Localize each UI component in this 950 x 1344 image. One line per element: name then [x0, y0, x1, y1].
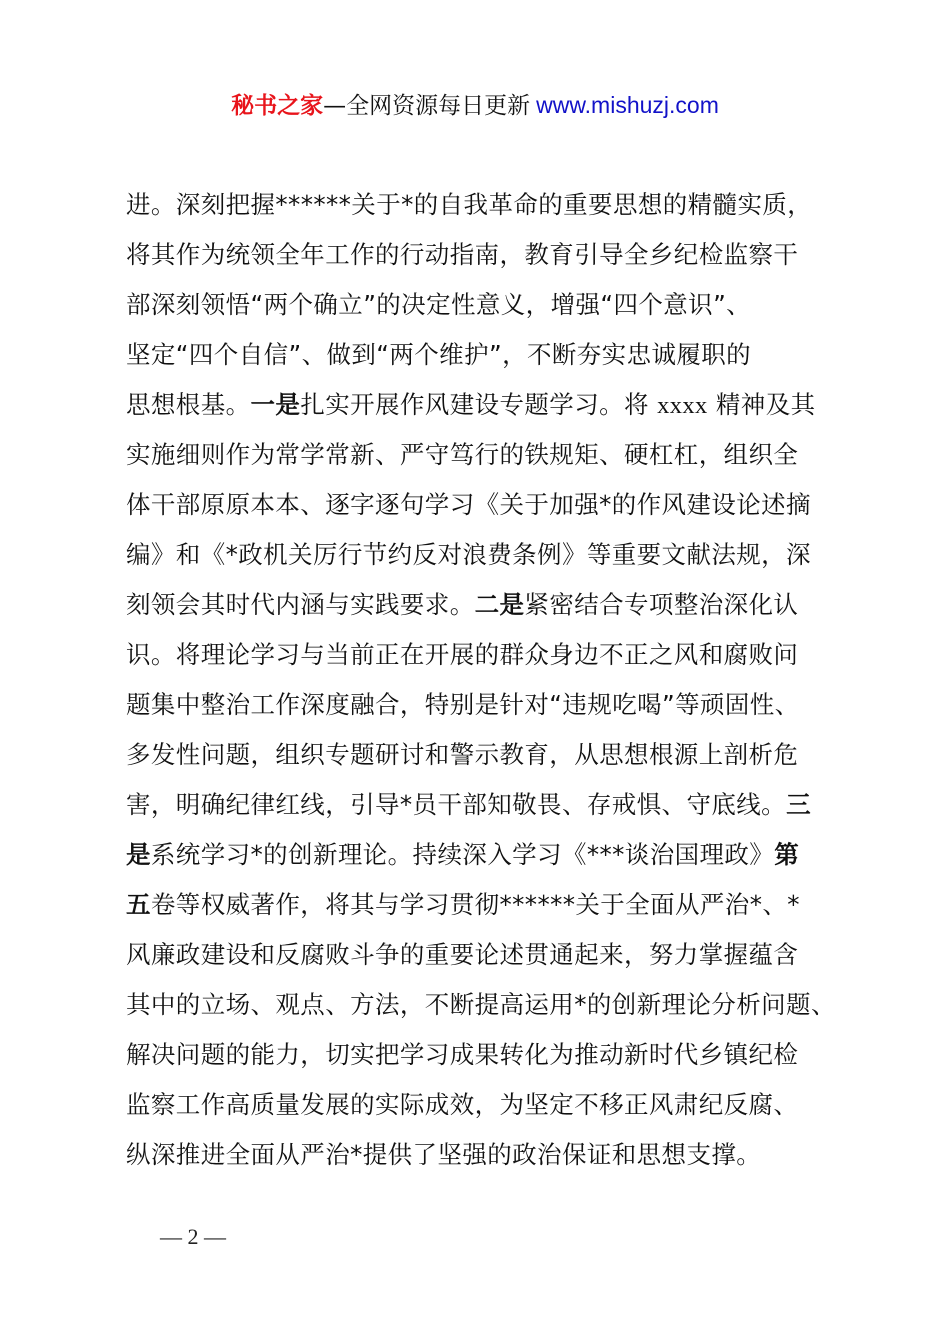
text-line: 进。深刻把握******关于*的自我革命的重要思想的精髓实质， [126, 180, 838, 230]
text-segment: 刻领会其时代内涵与实践要求。 [126, 590, 475, 619]
site-watermark-header: 秘书之家—全网资源每日更新www.mishuzj.com [0, 88, 950, 123]
text-segment: 卷等权威著作，将其与学习贯彻******关于全面从严治*、* [151, 890, 800, 919]
text-segment: 解决问题的能力，切实把学习成果转化为推动新时代乡镇纪检 [126, 1040, 798, 1069]
text-line: 是系统学习*的创新理论。持续深入学习《***谈治国理政》第 [126, 830, 838, 880]
text-segment: 实施细则作为常学常新、严守笃行的铁规矩、硬杠杠，组织全 [126, 440, 798, 469]
text-segment: 害，明确纪律红线，引导*员干部知敬畏、存戒惧、守底线。 [126, 790, 786, 819]
site-url-link[interactable]: www.mishuzj.com [536, 92, 719, 118]
text-line: 坚定“四个自信”、做到“两个维护”，不断夯实忠诚履职的 [126, 330, 838, 380]
text-segment: 多发性问题，组织专题研讨和警示教育，从思想根源上剖析危 [126, 740, 798, 769]
text-segment: 扎实开展作风建设专题学习。将 [300, 390, 657, 419]
text-line: 识。将理论学习与当前正在开展的群众身边不正之风和腐败问 [126, 630, 838, 680]
header-tagline: —全网资源每日更新 [323, 93, 530, 119]
text-line: 风廉政建设和反腐败斗争的重要论述贯通起来，努力掌握蕴含 [126, 930, 838, 980]
text-segment: 坚定“四个自信”、做到“两个维护”，不断夯实忠诚履职的 [126, 340, 751, 369]
document-body: 进。深刻把握******关于*的自我革命的重要思想的精髓实质，将其作为统领全年工… [126, 180, 838, 1180]
text-segment: 精神及其 [708, 390, 816, 419]
text-line: 监察工作高质量发展的实际成效，为坚定不移正风肃纪反腐、 [126, 1080, 838, 1130]
text-line: 刻领会其时代内涵与实践要求。二是紧密结合专项整治深化认 [126, 580, 838, 630]
text-line: 体干部原原本本、逐字逐句学习《关于加强*的作风建设论述摘 [126, 480, 838, 530]
text-line: 多发性问题，组织专题研讨和警示教育，从思想根源上剖析危 [126, 730, 838, 780]
text-segment: 思想根基。 [126, 390, 251, 419]
bold-marker: 第 [774, 840, 799, 869]
text-line: 五卷等权威著作，将其与学习贯彻******关于全面从严治*、* [126, 880, 838, 930]
text-segment: xxxx [657, 392, 708, 419]
bold-marker: 一是 [251, 390, 301, 419]
bold-marker: 二是 [475, 590, 525, 619]
text-segment: 部深刻领悟“两个确立”的决定性意义，增强“四个意识”、 [126, 290, 751, 319]
text-segment: 体干部原原本本、逐字逐句学习《关于加强*的作风建设论述摘 [126, 490, 811, 519]
text-segment: 纵深推进全面从严治*提供了坚强的政治保证和思想支撑。 [126, 1140, 761, 1169]
bold-marker: 五 [126, 890, 151, 919]
text-segment: 将其作为统领全年工作的行动指南，教育引导全乡纪检监察干 [126, 240, 798, 269]
text-line: 实施细则作为常学常新、严守笃行的铁规矩、硬杠杠，组织全 [126, 430, 838, 480]
text-line: 题集中整治工作深度融合，特别是针对“违规吃喝”等顽固性、 [126, 680, 838, 730]
text-line: 纵深推进全面从严治*提供了坚强的政治保证和思想支撑。 [126, 1130, 838, 1180]
text-line: 其中的立场、观点、方法，不断提高运用*的创新理论分析问题、 [126, 980, 838, 1030]
text-line: 害，明确纪律红线，引导*员干部知敬畏、存戒惧、守底线。三 [126, 780, 838, 830]
text-line: 编》和《*政机关厉行节约反对浪费条例》等重要文献法规，深 [126, 530, 838, 580]
text-segment: 进。深刻把握******关于*的自我革命的重要思想的精髓实质， [126, 190, 812, 219]
text-line: 解决问题的能力，切实把学习成果转化为推动新时代乡镇纪检 [126, 1030, 838, 1080]
text-line: 将其作为统领全年工作的行动指南，教育引导全乡纪检监察干 [126, 230, 838, 280]
text-segment: 风廉政建设和反腐败斗争的重要论述贯通起来，努力掌握蕴含 [126, 940, 798, 969]
text-segment: 其中的立场、观点、方法，不断提高运用*的创新理论分析问题、 [126, 990, 836, 1019]
text-segment: 系统学习*的创新理论。持续深入学习《***谈治国理政》 [151, 840, 774, 869]
bold-marker: 是 [126, 840, 151, 869]
text-line: 部深刻领悟“两个确立”的决定性意义，增强“四个意识”、 [126, 280, 838, 330]
text-segment: 监察工作高质量发展的实际成效，为坚定不移正风肃纪反腐、 [126, 1090, 798, 1119]
text-segment: 紧密结合专项整治深化认 [524, 590, 798, 619]
bold-marker: 三 [786, 790, 811, 819]
text-segment: 编》和《*政机关厉行节约反对浪费条例》等重要文献法规，深 [126, 540, 811, 569]
text-line: 思想根基。一是扎实开展作风建设专题学习。将 xxxx 精神及其 [126, 380, 838, 430]
page-number: — 2 — [160, 1224, 226, 1250]
text-segment: 识。将理论学习与当前正在开展的群众身边不正之风和腐败问 [126, 640, 798, 669]
text-segment: 题集中整治工作深度融合，特别是针对“违规吃喝”等顽固性、 [126, 690, 800, 719]
brand-name: 秘书之家 [231, 93, 323, 119]
